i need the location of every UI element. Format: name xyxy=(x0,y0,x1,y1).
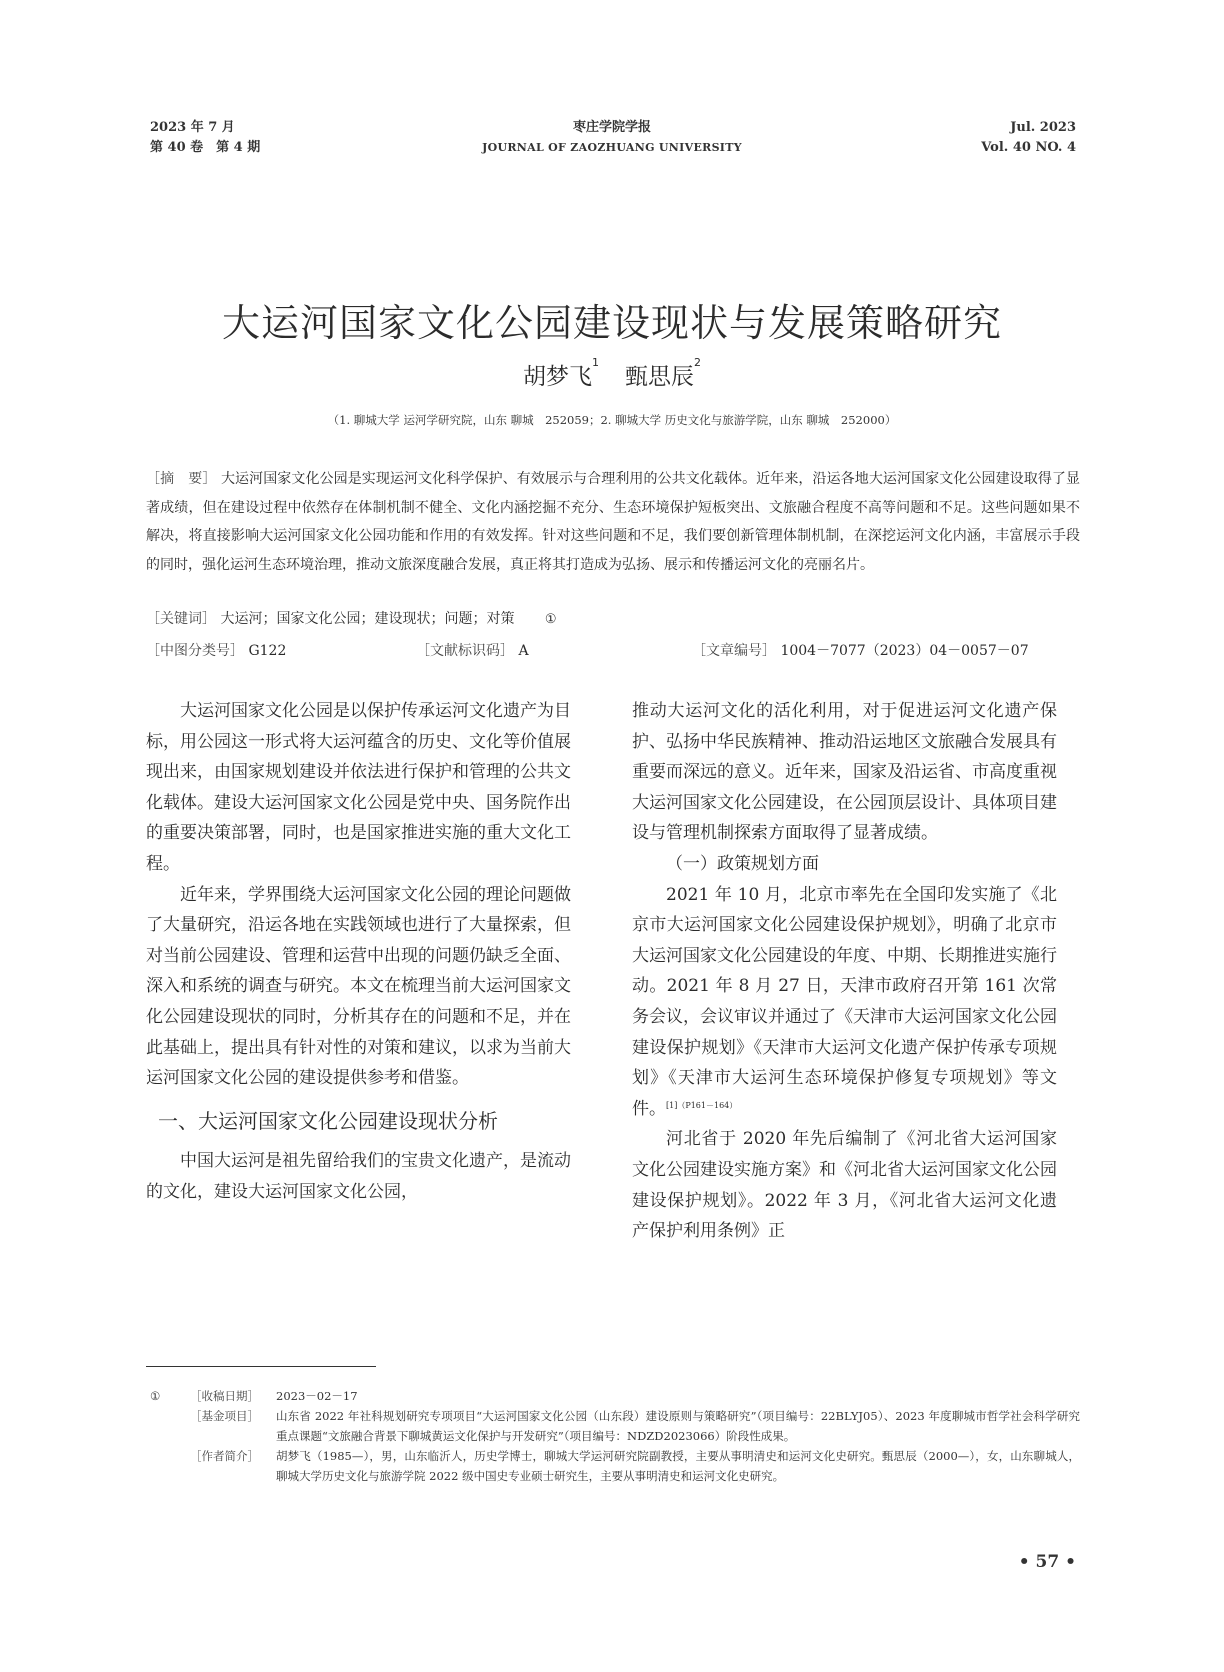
subsection-heading: （一）政策规划方面 xyxy=(632,849,1057,880)
affiliation: （1. 聊城大学 运河学研究院，山东 聊城 252059；2. 聊城大学 历史文… xyxy=(0,412,1224,428)
header-date-volume-en: Jul. 2023 Vol. 40 NO. 4 xyxy=(981,118,1076,158)
footnote-label: ［基金项目］ xyxy=(190,1406,276,1446)
abstract-text: 大运河国家文化公园是实现运河文化科学保护、有效展示与合理利用的公共文化载体。近年… xyxy=(146,471,1080,573)
document-code: ［文献标识码］ A xyxy=(416,640,529,660)
footnote-funding: ［基金项目］ 山东省 2022 年社科规划研究专项项目“大运河国家文化公园（山东… xyxy=(150,1406,1080,1446)
author-list: 胡梦飞1甄思辰2 xyxy=(0,358,1224,391)
footnote-ref-mark[interactable]: ① xyxy=(545,612,557,627)
paragraph: 中国大运河是祖先留给我们的宝贵文化遗产，是流动的文化，建设大运河国家文化公园， xyxy=(146,1146,571,1207)
body-column-left: 大运河国家文化公园是以保护传承运河文化遗产为目标，用公园这一形式将大运河蕴含的历… xyxy=(146,696,571,1208)
keywords-text: 大运河；国家文化公园；建设现状；问题；对策 xyxy=(220,611,514,627)
footnote-mark: ① xyxy=(150,1386,190,1406)
abstract: ［摘 要］ 大运河国家文化公园是实现运河文化科学保护、有效展示与合理利用的公共文… xyxy=(146,465,1080,579)
author-affil-mark: 1 xyxy=(592,356,599,369)
clc-number: ［中图分类号］ G122 xyxy=(146,640,286,660)
document-code-value: A xyxy=(518,643,528,659)
journal-name-en: JOURNAL OF ZAOZHUANG UNIVERSITY xyxy=(412,138,812,158)
footnote-label: ［作者简介］ xyxy=(190,1446,276,1486)
header-volume-issue-en: Vol. 40 NO. 4 xyxy=(981,138,1076,158)
citation-ref[interactable]: [1]（P161－164） xyxy=(666,1101,737,1110)
author-name: 甄思辰 xyxy=(625,364,694,390)
section-heading: 一、大运河国家文化公园建设现状分析 xyxy=(158,1106,571,1137)
paragraph: 近年来，学界围绕大运河国家文化公园的理论问题做了大量研究，沿运各地在实践领域也进… xyxy=(146,880,571,1094)
article-id: ［文章编号］ 1004－7077（2023）04－0057－07 xyxy=(692,640,1029,660)
paragraph: 2021 年 10 月，北京市率先在全国印发实施了《北京市大运河国家文化公园建设… xyxy=(632,880,1057,1125)
header-volume-issue: 第 40 卷 第 4 期 xyxy=(150,138,260,158)
article-title: 大运河国家文化公园建设现状与发展策略研究 xyxy=(0,292,1224,347)
paragraph: 推动大运河文化的活化利用，对于促进运河文化遗产保护、弘扬中华民族精神、推动沿运地… xyxy=(632,696,1057,849)
footnote-author-bio: ［作者简介］ 胡梦飞（1985—），男，山东临沂人，历史学博士，聊城大学运河研究… xyxy=(150,1446,1080,1486)
footnote-text: 胡梦飞（1985—），男，山东临沂人，历史学博士，聊城大学运河研究院副教授，主要… xyxy=(276,1446,1080,1486)
author-name: 胡梦飞 xyxy=(523,364,592,390)
paragraph: 河北省于 2020 年先后编制了《河北省大运河国家文化公园建设实施方案》和《河北… xyxy=(632,1124,1057,1246)
footnote-text: 山东省 2022 年社科规划研究专项项目“大运河国家文化公园（山东段）建设原则与… xyxy=(276,1406,1080,1446)
header-date-volume: 2023 年 7 月 第 40 卷 第 4 期 xyxy=(150,118,260,158)
header-date-en: Jul. 2023 xyxy=(981,118,1076,138)
footnote-text: 2023－02－17 xyxy=(276,1386,1080,1406)
paragraph-text: 2021 年 10 月，北京市率先在全国印发实施了《北京市大运河国家文化公园建设… xyxy=(632,885,1057,1119)
journal-name-cn: 枣庄学院学报 xyxy=(412,118,812,138)
clc-label: ［中图分类号］ xyxy=(146,643,244,659)
body-column-right: 推动大运河文化的活化利用，对于促进运河文化遗产保护、弘扬中华民族精神、推动沿运地… xyxy=(632,696,1057,1247)
header-journal: 枣庄学院学报 JOURNAL OF ZAOZHUANG UNIVERSITY xyxy=(412,118,812,158)
abstract-label: ［摘 要］ xyxy=(146,471,216,487)
author-affil-mark: 2 xyxy=(694,356,701,369)
article-id-label: ［文章编号］ xyxy=(692,643,776,659)
document-code-label: ［文献标识码］ xyxy=(416,643,514,659)
page-number: • 57 • xyxy=(1019,1552,1076,1572)
header-date: 2023 年 7 月 xyxy=(150,118,260,138)
footnote-label: ［收稿日期］ xyxy=(190,1386,276,1406)
footnote-divider xyxy=(146,1366,376,1367)
paragraph: 大运河国家文化公园是以保护传承运河文化遗产为目标，用公园这一形式将大运河蕴含的历… xyxy=(146,696,571,880)
article-id-value: 1004－7077（2023）04－0057－07 xyxy=(780,643,1028,659)
keywords: ［关键词］ 大运河；国家文化公园；建设现状；问题；对策 ① xyxy=(146,608,557,628)
footnote-received: ① ［收稿日期］ 2023－02－17 xyxy=(150,1386,1080,1406)
keywords-label: ［关键词］ xyxy=(146,611,216,627)
clc-value: G122 xyxy=(248,643,286,659)
footnotes: ① ［收稿日期］ 2023－02－17 ［基金项目］ 山东省 2022 年社科规… xyxy=(150,1386,1080,1486)
